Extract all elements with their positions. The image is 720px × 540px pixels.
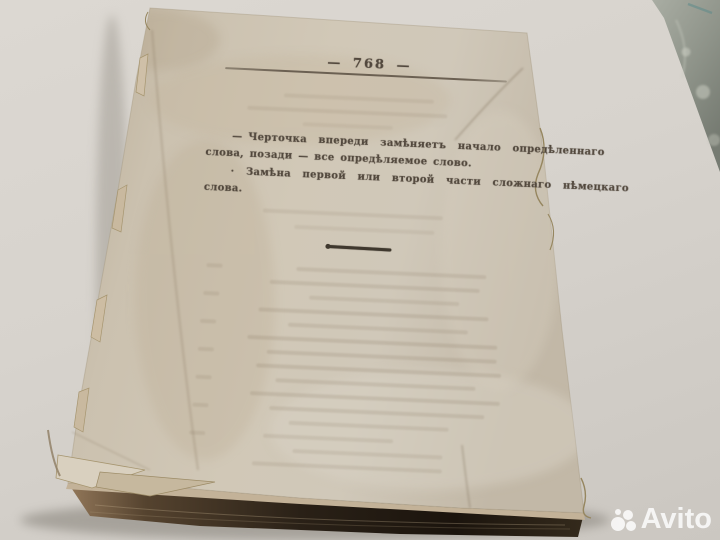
bleed-line: [296, 267, 486, 279]
bleed-line: [269, 406, 484, 419]
bleed-line: [288, 323, 468, 335]
bleed-line: [294, 225, 434, 235]
bleed-line: [189, 430, 205, 435]
bleed-line: [247, 106, 447, 119]
page-printed-content: — 768 — — Черточка впереди замѣняетъ нач…: [191, 48, 529, 492]
bleed-line: [206, 263, 222, 268]
bleed-line: [303, 122, 393, 130]
bleed-line: [198, 347, 214, 352]
photo-old-book: — 768 — — Черточка впереди замѣняетъ нач…: [0, 0, 720, 540]
bleed-line: [200, 319, 216, 324]
bleed-line: [263, 434, 393, 444]
bleed-line: [247, 335, 497, 350]
section-rule: [327, 245, 391, 251]
bleed-line: [289, 421, 449, 432]
bleed-line: [284, 93, 434, 104]
bleed-line: [292, 449, 442, 460]
avito-watermark: Avito: [610, 505, 712, 534]
bleed-line: [309, 296, 459, 307]
bleed-line: [203, 291, 219, 296]
bleed-line: [270, 280, 480, 293]
bleed-line: [256, 363, 501, 378]
bleed-line: [263, 208, 443, 220]
bleed-line: [192, 403, 208, 408]
marble-floor-corner: [652, 0, 720, 172]
avito-wordmark: Avito: [641, 505, 712, 534]
bleed-line: [196, 375, 212, 380]
bleed-line: [259, 307, 489, 321]
bleed-line: [250, 391, 500, 406]
bleed-line: [267, 350, 497, 364]
bleed-line: [275, 378, 475, 391]
avito-logo-icon: [610, 507, 636, 533]
bleed-line: [252, 461, 442, 473]
